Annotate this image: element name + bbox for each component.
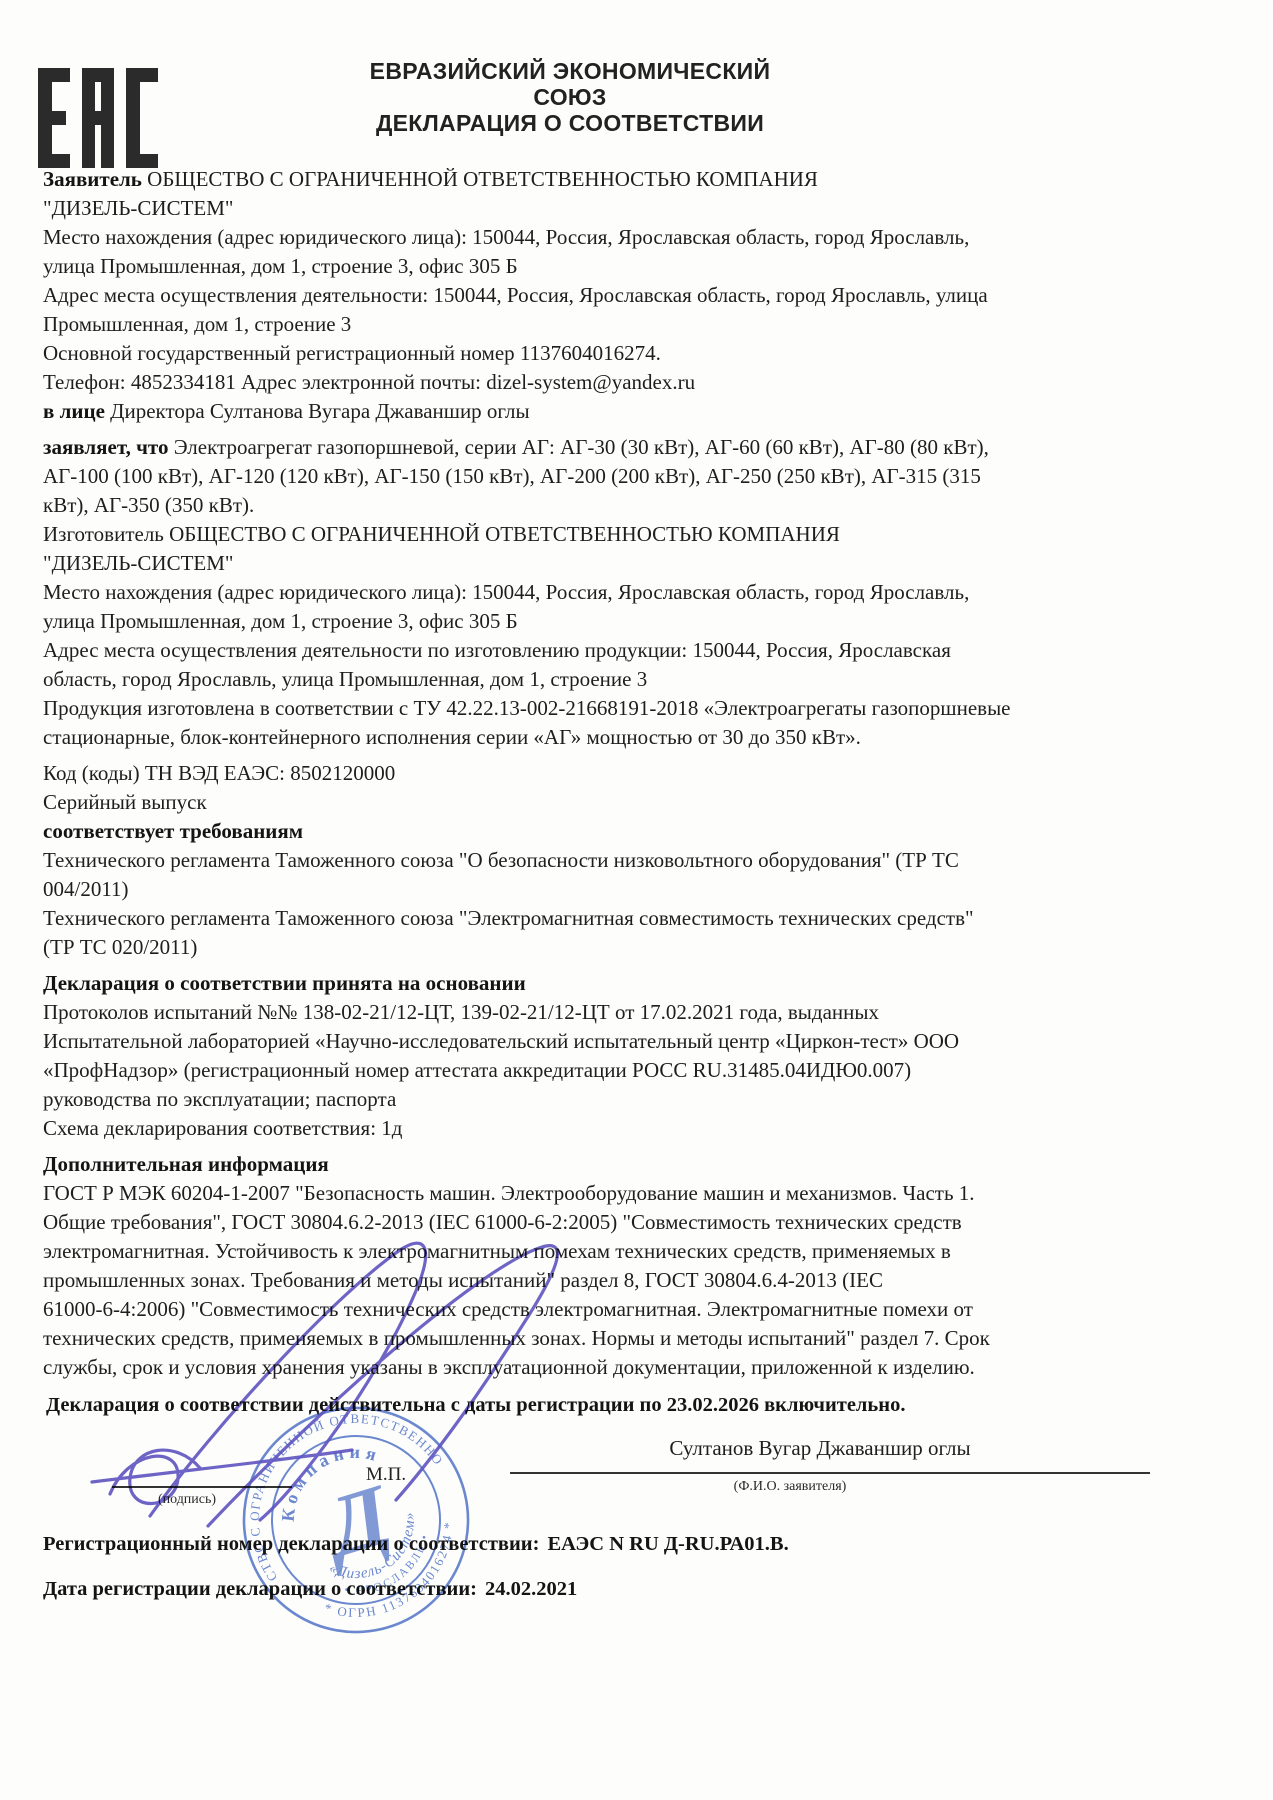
- doc-line: Технического регламента Таможенного союз…: [43, 904, 1243, 933]
- title-line-1: ЕВРАЗИЙСКИЙ ЭКОНОМИЧЕСКИЙ СОЮЗ: [330, 58, 810, 110]
- doc-line: заявляет, что Электроагрегат газопоршнев…: [43, 433, 1243, 462]
- registration-number-value: ЕАЭС N RU Д-RU.РА01.В.: [547, 1533, 788, 1555]
- document-body: Заявитель ОБЩЕСТВО С ОГРАНИЧЕННОЙ ОТВЕТС…: [43, 165, 1243, 1382]
- doc-line: стационарные, блок-контейнерного исполне…: [43, 723, 1243, 752]
- stamp-place-abbr: М.П.: [366, 1464, 406, 1486]
- doc-line: кВт), АГ-350 (350 кВт).: [43, 491, 1243, 520]
- doc-line: Адрес места осуществления деятельности п…: [43, 636, 1243, 665]
- doc-line: АГ-100 (100 кВт), АГ-120 (120 кВт), АГ-1…: [43, 462, 1243, 491]
- doc-line: Дополнительная информация: [43, 1150, 1243, 1179]
- doc-line: Технического регламента Таможенного союз…: [43, 846, 1243, 875]
- doc-line: улица Промышленная, дом 1, строение 3, о…: [43, 607, 1243, 636]
- doc-line: Код (коды) ТН ВЭД ЕАЭС: 8502120000: [43, 759, 1243, 788]
- signature-caption: (подпись): [127, 1492, 247, 1508]
- title-line-2: ДЕКЛАРАЦИЯ О СООТВЕТСТВИИ: [330, 110, 810, 136]
- doc-line: Продукция изготовлена в соответствии с Т…: [43, 694, 1243, 723]
- doc-line: электромагнитная. Устойчивость к электро…: [43, 1237, 1243, 1266]
- doc-line: Заявитель ОБЩЕСТВО С ОГРАНИЧЕННОЙ ОТВЕТС…: [43, 165, 1243, 194]
- registration-number-row: Регистрационный номер декларации о соотв…: [43, 1533, 789, 1556]
- registration-date-row: Дата регистрации декларации о соответств…: [43, 1578, 577, 1601]
- eac-logo: [38, 66, 158, 170]
- doc-line: службы, срок и условия хранения указаны …: [43, 1353, 1243, 1382]
- doc-line: Протоколов испытаний №№ 138-02-21/12-ЦТ,…: [43, 998, 1243, 1027]
- doc-line: Изготовитель ОБЩЕСТВО С ОГРАНИЧЕННОЙ ОТВ…: [43, 520, 1243, 549]
- doc-line: Основной государственный регистрационный…: [43, 339, 1243, 368]
- doc-line: Место нахождения (адрес юридического лиц…: [43, 223, 1243, 252]
- declarant-name: Султанов Вугар Джаваншир оглы: [640, 1436, 1000, 1461]
- doc-line: Место нахождения (адрес юридического лиц…: [43, 578, 1243, 607]
- doc-line: Адрес места осуществления деятельности: …: [43, 281, 1243, 310]
- doc-line: Серийный выпуск: [43, 788, 1243, 817]
- doc-line: Промышленная, дом 1, строение 3: [43, 310, 1243, 339]
- declarant-name-line: [510, 1472, 1150, 1474]
- doc-line: "ДИЗЕЛЬ-СИСТЕМ": [43, 549, 1243, 578]
- registration-date-label: Дата регистрации декларации о соответств…: [43, 1578, 477, 1600]
- doc-line: Испытательной лабораторией «Научно-иссле…: [43, 1027, 1243, 1056]
- signature-line: [112, 1486, 292, 1488]
- doc-line: Телефон: 4852334181 Адрес электронной по…: [43, 368, 1243, 397]
- doc-line: соответствует требованиям: [43, 817, 1243, 846]
- registration-number-label: Регистрационный номер декларации о соотв…: [43, 1533, 539, 1555]
- doc-line: руководства по эксплуатации; паспорта: [43, 1085, 1243, 1114]
- doc-line: Общие требования", ГОСТ 30804.6.2-2013 (…: [43, 1208, 1243, 1237]
- doc-line: промышленных зонах. Требования и методы …: [43, 1266, 1243, 1295]
- declarant-caption: (Ф.И.О. заявителя): [650, 1479, 930, 1495]
- doc-line: 004/2011): [43, 875, 1243, 904]
- doc-line: (ТР ТС 020/2011): [43, 933, 1243, 962]
- doc-line: Схема декларирования соответствия: 1д: [43, 1114, 1243, 1143]
- validity-statement: Декларация о соответствии действительна …: [46, 1394, 905, 1417]
- doc-line: "ДИЗЕЛЬ-СИСТЕМ": [43, 194, 1243, 223]
- declaration-document: ЕВРАЗИЙСКИЙ ЭКОНОМИЧЕСКИЙ СОЮЗ ДЕКЛАРАЦИ…: [0, 0, 1273, 1800]
- doc-line: технических средств, применяемых в промы…: [43, 1324, 1243, 1353]
- doc-line: в лице Директора Султанова Вугара Джаван…: [43, 397, 1243, 426]
- doc-line: ГОСТ Р МЭК 60204-1-2007 "Безопасность ма…: [43, 1179, 1243, 1208]
- doc-line: «ПрофНадзор» (регистрационный номер атте…: [43, 1056, 1243, 1085]
- registration-date-value: 24.02.2021: [485, 1578, 577, 1600]
- doc-line: улица Промышленная, дом 1, строение 3, о…: [43, 252, 1243, 281]
- doc-line: область, город Ярославль, улица Промышле…: [43, 665, 1243, 694]
- doc-line: Декларация о соответствии принята на осн…: [43, 969, 1243, 998]
- document-title: ЕВРАЗИЙСКИЙ ЭКОНОМИЧЕСКИЙ СОЮЗ ДЕКЛАРАЦИ…: [330, 58, 810, 136]
- doc-line: 61000-6-4:2006) "Совместимость техническ…: [43, 1295, 1243, 1324]
